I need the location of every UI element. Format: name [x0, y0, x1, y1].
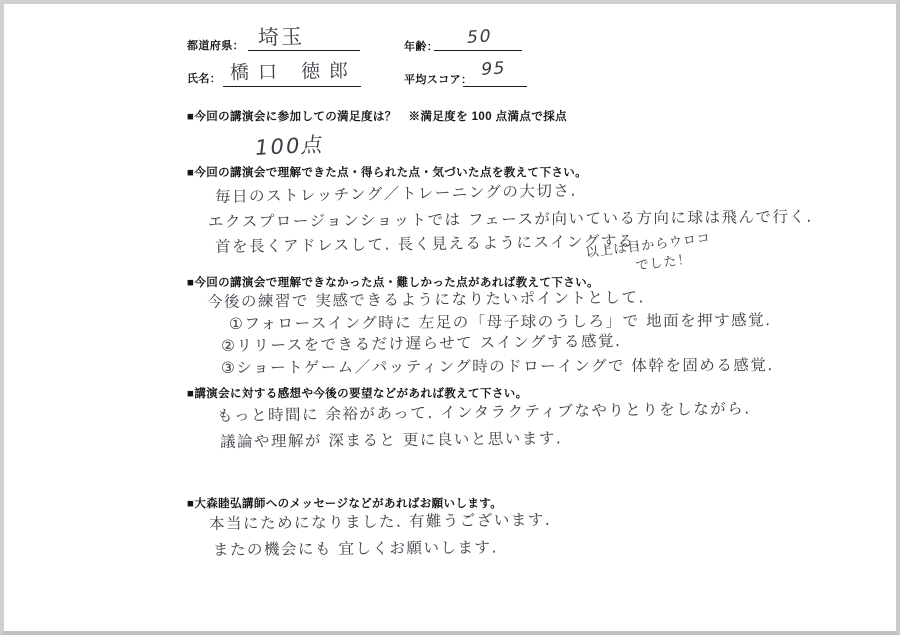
question-satisfaction: ■今回の講演会に参加しての満足度は？ ※満足度を 100 点満点で採点: [187, 108, 567, 124]
answer-understood-1: 毎日のストレッチング／トレーニングの大切さ.: [215, 179, 577, 207]
question-impressions: ■講演会に対する感想や今後の要望などがあれば教えて下さい。: [187, 385, 528, 401]
answer-difficult-1: 今後の練習で 実感できるようになりたいポイントとして.: [207, 285, 645, 312]
name-label: 氏名：: [187, 70, 221, 86]
answer-message-1: 本当にためになりました. 有難うございます.: [209, 508, 552, 534]
prefecture-value: 埼玉: [257, 20, 304, 52]
prefecture-label: 都道府県：: [187, 37, 244, 53]
answer-impressions-2: 議論や理解が 深まると 更に良いと思います.: [220, 426, 563, 452]
age-label: 年齢：: [404, 38, 438, 54]
avg-score-underline: [463, 86, 527, 87]
avg-score-value: 95: [480, 58, 508, 80]
age-value: 50: [466, 26, 494, 48]
answer-difficult-4: ③ショートゲーム／パッティング時のドローイングで 体幹を固める感覚.: [221, 353, 774, 378]
question-understood: ■今回の講演会で理解できた点・得られた点・気づいた点を教えて下さい。: [187, 164, 587, 180]
name-value: 橋口 徳郎: [230, 56, 357, 85]
answer-difficult-3: ②リリースをできるだけ遅らせて スイングする感覚.: [221, 329, 622, 356]
name-underline: [223, 86, 361, 87]
answer-understood-2: エクスプロージョンショットでは フェースが向いている方向に球は飛んで行く.: [208, 205, 813, 232]
answer-satisfaction: 100点: [253, 128, 326, 162]
age-underline: [434, 50, 522, 51]
avg-score-label: 平均スコア：: [404, 71, 472, 87]
answer-message-2: またの機会にも 宜しくお願いします.: [213, 536, 498, 560]
questionnaire-scan-page: 都道府県： 埼玉 年齢： 50 氏名： 橋口 徳郎 平均スコア： 95 ■今回の…: [0, 0, 900, 635]
answer-understood-3: 首を長くアドレスして. 長く見えるようにスイングする.: [215, 229, 641, 257]
